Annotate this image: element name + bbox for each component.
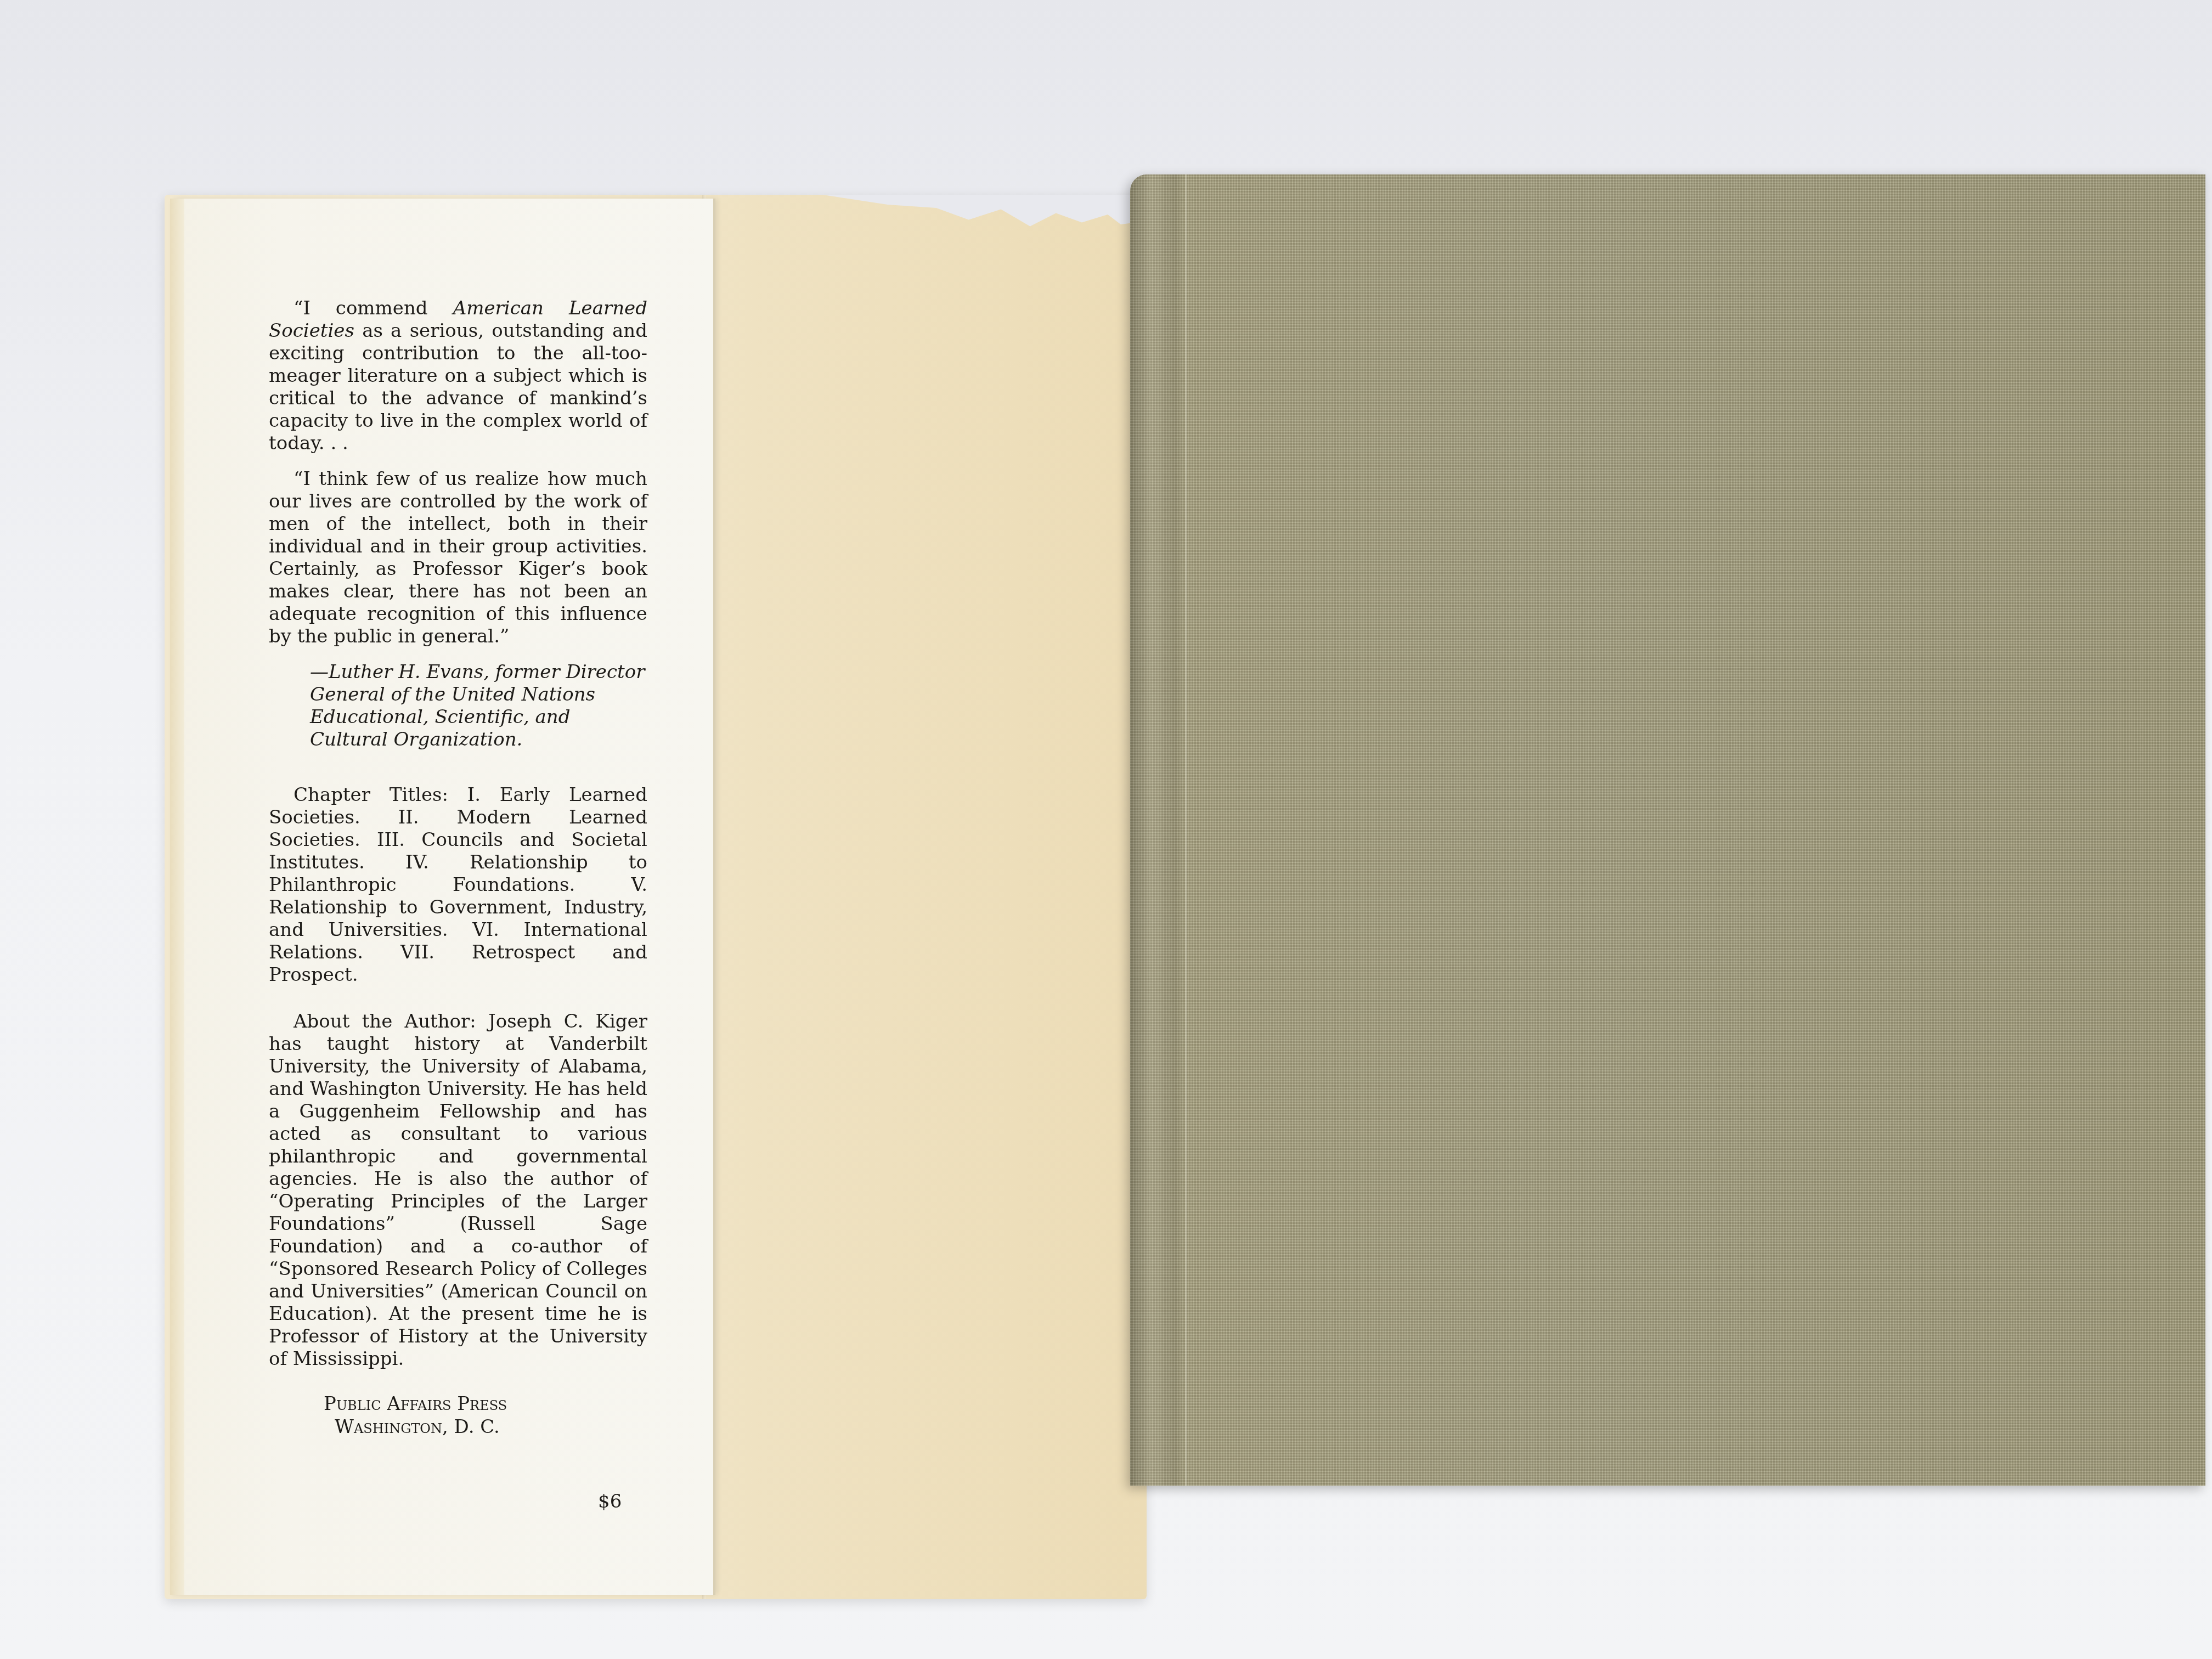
review-quote-2: “I think few of us realize how much our …	[269, 468, 647, 648]
flap-edge-stain	[170, 199, 184, 1595]
dust-jacket-flap: “I commend American Learned Societies as…	[170, 199, 715, 1595]
price-label: $6	[598, 1491, 622, 1513]
flap-text-block: “I commend American Learned Societies as…	[269, 297, 647, 1438]
chapter-titles: Chapter Titles: I. Early Learned Societi…	[269, 784, 647, 986]
quote-lead: “I commend	[294, 297, 453, 319]
review-quote-1: “I commend American Learned Societies as…	[269, 297, 647, 455]
spine-hinge	[1130, 174, 1185, 1486]
publisher-name: Public Affairs Press	[324, 1392, 647, 1415]
hinge-line	[1185, 174, 1187, 1486]
cloth-bound-book-cover	[1130, 174, 2205, 1486]
publisher-block: Public Affairs Press Washington, D. C.	[269, 1392, 647, 1438]
quote-attribution: —Luther H. Evans, former Director Genera…	[310, 661, 647, 751]
torn-jacket-edge	[823, 195, 1147, 261]
about-author: About the Author: Joseph C. Kiger has ta…	[269, 1011, 647, 1370]
publisher-city: Washington, D. C.	[324, 1415, 647, 1438]
